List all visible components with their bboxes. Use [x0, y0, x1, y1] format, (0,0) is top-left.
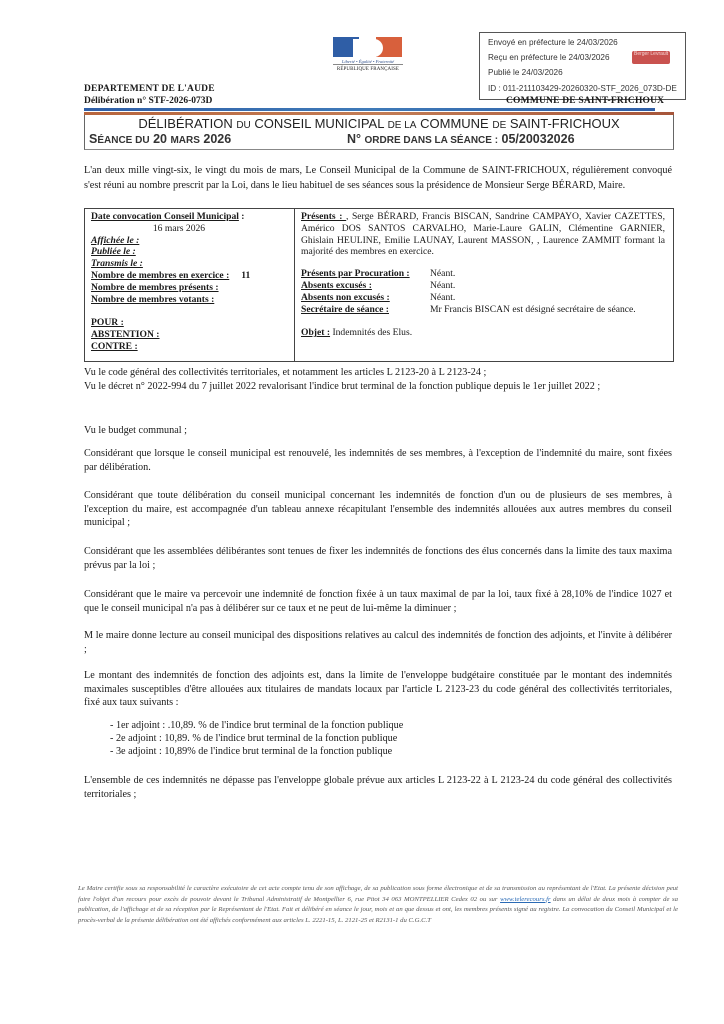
membres-exercice-label: Nombre de membres en exercice : [91, 270, 229, 282]
info-left-column: Date convocation Conseil Municipal : 16 … [91, 211, 291, 353]
document-title: DÉLIBÉRATION du CONSEIL MUNICIPAL de la … [85, 116, 673, 131]
department-name: DEPARTEMENT DE L'AUDE [84, 84, 215, 94]
prefecture-stamp: Envoyé en préfecture le 24/03/2026 Reçu … [479, 32, 686, 100]
footer-certification: Le Maire certifie sous sa responsabilité… [78, 884, 678, 926]
procuration-label: Présents par Procuration : [301, 268, 410, 279]
procuration-value: Néant. [430, 268, 665, 280]
marianne-logo-icon: Liberté • Égalité • Fraternité RÉPUBLIQU… [333, 37, 403, 81]
vu-budget-paragraph: Vu le budget communal ; [84, 424, 672, 438]
info-table: Date convocation Conseil Municipal : 16 … [84, 208, 674, 362]
excuses-value: Néant. [430, 280, 665, 292]
adjoints-list: - 1er adjoint : .10,89. % de l'indice br… [110, 719, 403, 758]
non-excuses-value: Néant. [430, 292, 665, 304]
abstention-label: ABSTENTION : [91, 329, 160, 340]
convocation-label: Date convocation Conseil Municipal [91, 211, 239, 222]
stamp-published: Publié le 24/03/2026 [488, 68, 563, 77]
vu-code-paragraph: Vu le code général des collectivités ter… [84, 366, 672, 380]
membres-votants-label: Nombre de membres votants : [91, 294, 214, 305]
contre-label: CONTRE : [91, 341, 138, 352]
membres-presents-label: Nombre de membres présents : [91, 282, 219, 293]
berger-levrault-badge-icon: Berger Levrault [632, 51, 670, 64]
adjoint-3-rate: - 3e adjoint : 10,89% de l'indice brut t… [110, 745, 403, 758]
publiee-label: Publiée le : [91, 246, 136, 257]
considerant-1: Considérant que lorsque le conseil munic… [84, 447, 672, 474]
seance-date: Séance du 20 mars 2026 [89, 132, 231, 146]
deliberation-number: Délibération n° STF-2026-073D [84, 96, 212, 106]
considerant-4: Considérant que le maire va percevoir un… [84, 588, 672, 615]
ensemble-paragraph: L'ensemble de ces indemnités ne dépasse … [84, 774, 672, 801]
stamp-id: ID : 011-211103429-20260320-STF_2026_073… [488, 84, 677, 93]
objet-block: Objet : Indemnités des Elus. [301, 327, 665, 339]
convocation-date: 16 mars 2026 [91, 223, 267, 235]
telerecours-link[interactable]: www.telerecours.fr [500, 896, 551, 903]
marianne-profile [353, 39, 383, 57]
pour-label: POUR : [91, 317, 124, 328]
transmis-label: Transmis le : [91, 258, 143, 269]
considerant-2: Considérant que toute délibération du co… [84, 489, 672, 530]
adjoint-2-rate: - 2e adjoint : 10,89. % de l'indice brut… [110, 732, 403, 745]
ordre-number: N° ordre dans la séance : 05/20032026 [347, 132, 575, 146]
commune-name: COMMUNE DE SAINT-FRICHOUX [506, 96, 664, 106]
secretaire-label: Secrétaire de séance : [301, 304, 389, 315]
presents-label: Présents : [301, 211, 346, 222]
republic-name: RÉPUBLIQUE FRANÇAISE [333, 67, 403, 72]
excuses-label: Absents excusés : [301, 280, 372, 291]
vu-decret-paragraph: Vu le décret n° 2022-994 du 7 juillet 20… [84, 380, 672, 394]
header-divider-blue [84, 108, 655, 111]
considerant-3: Considérant que les assemblées délibéran… [84, 545, 672, 572]
info-right-column: Présents : , Serge BÉRARD, Francis BISCA… [301, 211, 665, 339]
title-box: DÉLIBÉRATION du CONSEIL MUNICIPAL de la … [84, 115, 674, 150]
presents-block: Présents : , Serge BÉRARD, Francis BISCA… [301, 211, 665, 258]
stamp-sent: Envoyé en préfecture le 24/03/2026 [488, 38, 618, 47]
objet-label: Objet : [301, 327, 330, 338]
membres-exercice-value: 11 [241, 270, 250, 282]
objet-value: Indemnités des Elus. [330, 327, 412, 338]
maire-lecture-paragraph: M le maire donne lecture au conseil muni… [84, 629, 672, 656]
secretaire-value: Mr Francis BISCAN est désigné secrétaire… [430, 304, 665, 316]
stamp-received: Reçu en préfecture le 24/03/2026 [488, 53, 610, 62]
republic-motto: Liberté • Égalité • Fraternité [333, 59, 403, 65]
non-excuses-label: Absents non excusés : [301, 292, 390, 303]
intro-paragraph: L'an deux mille vingt-six, le vingt du m… [84, 163, 672, 193]
presents-value: , Serge BÉRARD, Francis BISCAN, Sandrine… [301, 211, 665, 257]
table-divider [294, 209, 295, 361]
adjoint-1-rate: - 1er adjoint : .10,89. % de l'indice br… [110, 719, 403, 732]
affichee-label: Affichée le : [91, 235, 139, 246]
montant-paragraph: Le montant des indemnités de fonction de… [84, 669, 672, 710]
